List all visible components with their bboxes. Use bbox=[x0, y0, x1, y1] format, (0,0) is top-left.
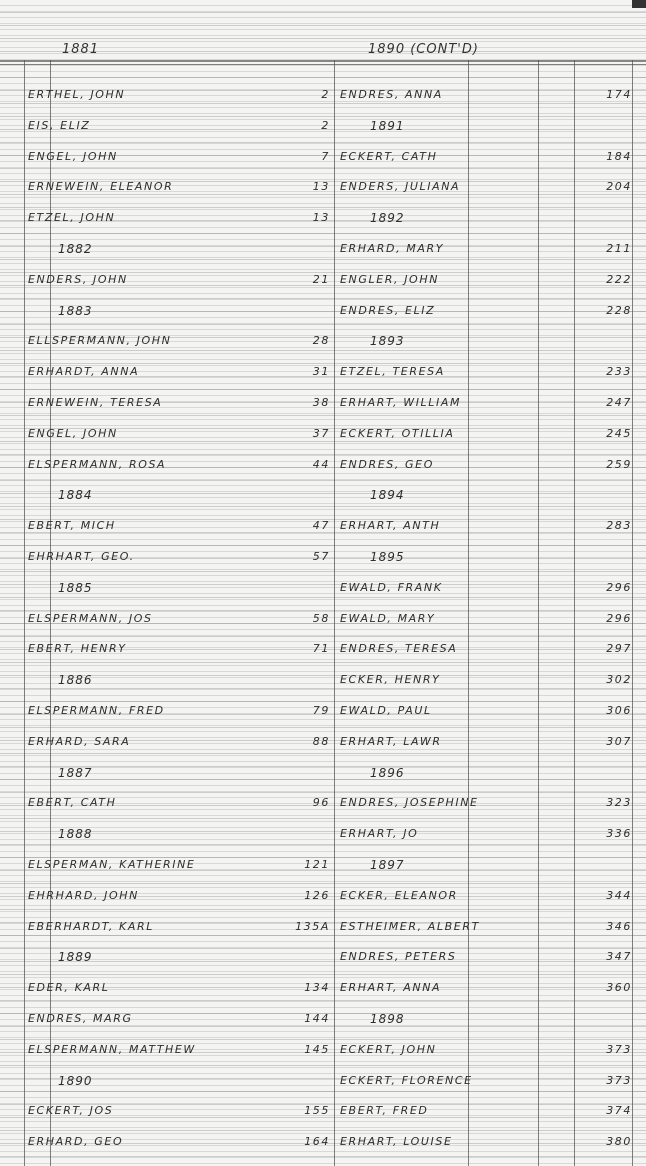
entry-name: ERHART, ANTH bbox=[340, 513, 440, 539]
index-entry: ENDRES, PETERS347 bbox=[336, 944, 632, 970]
entry-page-number: 247 bbox=[582, 390, 632, 416]
year-heading: 1895 bbox=[336, 544, 632, 570]
year-heading: 1883 bbox=[0, 298, 330, 324]
year-label: 1883 bbox=[58, 298, 93, 324]
entry-name: ENDRES, TERESA bbox=[340, 636, 457, 662]
index-entry: ECKERT, CATH184 bbox=[336, 144, 632, 170]
left-column-header: 1881 bbox=[62, 42, 99, 57]
entry-page-number: 79 bbox=[290, 698, 330, 724]
entry-name: EBERT, HENRY bbox=[28, 636, 127, 662]
entry-name: ELSPERMANN, JOS bbox=[28, 606, 153, 632]
entry-page-number: 307 bbox=[582, 729, 632, 755]
entry-page-number: 7 bbox=[290, 144, 330, 170]
entry-page-number: 259 bbox=[582, 452, 632, 478]
entry-page-number: 135A bbox=[290, 914, 330, 940]
entry-page-number: 96 bbox=[290, 790, 330, 816]
entry-page-number: 44 bbox=[290, 452, 330, 478]
ledger-page: 1881 1890 (CONT'D) ERTHEL, JOHN2EIS, ELI… bbox=[0, 0, 646, 1166]
entry-page-number: 245 bbox=[582, 421, 632, 447]
index-entry: EWALD, MARY296 bbox=[336, 606, 632, 632]
entry-page-number: 373 bbox=[582, 1037, 632, 1063]
entry-page-number: 233 bbox=[582, 359, 632, 385]
entry-name: EBERT, FRED bbox=[340, 1098, 429, 1124]
index-entry: ECKER, HENRY302 bbox=[336, 667, 632, 693]
entry-name: EBERT, CATH bbox=[28, 790, 117, 816]
year-label: 1891 bbox=[370, 113, 405, 139]
index-entry: EBERT, CATH96 bbox=[0, 790, 330, 816]
entry-name: ECKERT, JOS bbox=[28, 1098, 113, 1124]
entry-name: ERHART, JO bbox=[340, 821, 418, 847]
entry-name: ERNEWEIN, TERESA bbox=[28, 390, 162, 416]
year-label: 1890 bbox=[58, 1068, 93, 1094]
index-entry: EIS, ELIZ2 bbox=[0, 113, 330, 139]
entry-page-number: 336 bbox=[582, 821, 632, 847]
index-entry: ERHART, WILLIAM247 bbox=[336, 390, 632, 416]
year-label: 1897 bbox=[370, 852, 405, 878]
year-heading: 1891 bbox=[336, 113, 632, 139]
entry-name: ERHART, ANNA bbox=[340, 975, 441, 1001]
entry-name: ENGEL, JOHN bbox=[28, 421, 118, 447]
index-entry: EHRHARD, JOHN126 bbox=[0, 883, 330, 909]
year-label: 1895 bbox=[370, 544, 405, 570]
index-entry: EBERHARDT, KARL135A bbox=[0, 914, 330, 940]
entry-name: ENDRES, ANNA bbox=[340, 82, 443, 108]
entry-page-number: 28 bbox=[290, 328, 330, 354]
entry-name: EIS, ELIZ bbox=[28, 113, 90, 139]
entry-name: ENGLER, JOHN bbox=[340, 267, 439, 293]
index-entry: ENDERS, JULIANA204 bbox=[336, 174, 632, 200]
header-rule-secondary bbox=[0, 64, 646, 65]
year-heading: 1885 bbox=[0, 575, 330, 601]
entry-name: ELLSPERMANN, JOHN bbox=[28, 328, 171, 354]
entry-name: EDER, KARL bbox=[28, 975, 110, 1001]
index-entry: ELSPERMAN, KATHERINE121 bbox=[0, 852, 330, 878]
entry-page-number: 58 bbox=[290, 606, 330, 632]
entry-name: EWALD, FRANK bbox=[340, 575, 443, 601]
year-heading: 1888 bbox=[0, 821, 330, 847]
entry-page-number: 302 bbox=[582, 667, 632, 693]
index-entry: EBERT, FRED374 bbox=[336, 1098, 632, 1124]
entry-page-number: 134 bbox=[290, 975, 330, 1001]
entry-page-number: 374 bbox=[582, 1098, 632, 1124]
entry-page-number: 88 bbox=[290, 729, 330, 755]
year-heading: 1890 bbox=[0, 1068, 330, 1094]
entry-page-number: 71 bbox=[290, 636, 330, 662]
year-heading: 1882 bbox=[0, 236, 330, 262]
index-entry: ECKERT, FLORENCE373 bbox=[336, 1068, 632, 1094]
index-entry: ELSPERMANN, JOS58 bbox=[0, 606, 330, 632]
index-entry: ENDRES, GEO259 bbox=[336, 452, 632, 478]
entry-page-number: 184 bbox=[582, 144, 632, 170]
entry-name: ERHARD, MARY bbox=[340, 236, 444, 262]
index-entry: ENDRES, ANNA174 bbox=[336, 82, 632, 108]
index-entry: ERHART, LAWR307 bbox=[336, 729, 632, 755]
entry-name: EWALD, PAUL bbox=[340, 698, 432, 724]
index-entry: ETZEL, TERESA233 bbox=[336, 359, 632, 385]
entry-page-number: 283 bbox=[582, 513, 632, 539]
entry-page-number: 57 bbox=[290, 544, 330, 570]
year-label: 1886 bbox=[58, 667, 93, 693]
entry-page-number: 296 bbox=[582, 575, 632, 601]
index-entry: EBERT, MICH47 bbox=[0, 513, 330, 539]
year-label: 1889 bbox=[58, 944, 93, 970]
year-heading: 1892 bbox=[336, 205, 632, 231]
entry-name: ERTHEL, JOHN bbox=[28, 82, 125, 108]
entry-name: ECKERT, OTILLIA bbox=[340, 421, 455, 447]
entry-page-number: 13 bbox=[290, 174, 330, 200]
index-entry: ETZEL, JOHN13 bbox=[0, 205, 330, 231]
entry-page-number: 145 bbox=[290, 1037, 330, 1063]
index-entry: EDER, KARL134 bbox=[0, 975, 330, 1001]
entry-page-number: 37 bbox=[290, 421, 330, 447]
entry-page-number: 126 bbox=[290, 883, 330, 909]
index-entry: EHRHART, GEO.57 bbox=[0, 544, 330, 570]
index-entry: EWALD, PAUL306 bbox=[336, 698, 632, 724]
entry-name: ENGEL, JOHN bbox=[28, 144, 118, 170]
entry-name: ENDRES, GEO bbox=[340, 452, 434, 478]
entry-name: ENDRES, ELIZ bbox=[340, 298, 435, 324]
index-entry: ELLSPERMANN, JOHN28 bbox=[0, 328, 330, 354]
column-line bbox=[632, 60, 633, 1166]
index-entry: ERNEWEIN, TERESA38 bbox=[0, 390, 330, 416]
entry-name: ERHART, LOUISE bbox=[340, 1129, 453, 1155]
entry-page-number: 373 bbox=[582, 1068, 632, 1094]
entry-page-number: 380 bbox=[582, 1129, 632, 1155]
entry-page-number: 174 bbox=[582, 82, 632, 108]
right-column-header: 1890 (CONT'D) bbox=[368, 42, 479, 57]
index-entry: ERHART, LOUISE380 bbox=[336, 1129, 632, 1155]
entry-name: ELSPERMANN, FRED bbox=[28, 698, 165, 724]
index-entry: ECKER, ELEANOR344 bbox=[336, 883, 632, 909]
entry-page-number: 228 bbox=[582, 298, 632, 324]
entry-page-number: 222 bbox=[582, 267, 632, 293]
entry-name: ENDRES, JOSEPHINE bbox=[340, 790, 479, 816]
year-label: 1884 bbox=[58, 482, 93, 508]
index-entry: ENGLER, JOHN222 bbox=[336, 267, 632, 293]
index-entry: ENDRES, MARG144 bbox=[0, 1006, 330, 1032]
entry-page-number: 347 bbox=[582, 944, 632, 970]
year-label: 1893 bbox=[370, 328, 405, 354]
index-entry: ERHART, ANTH283 bbox=[336, 513, 632, 539]
index-entry: ELSPERMANN, FRED79 bbox=[0, 698, 330, 724]
index-entry: ENDERS, JOHN21 bbox=[0, 267, 330, 293]
entry-name: ECKER, ELEANOR bbox=[340, 883, 458, 909]
index-entry: ELSPERMANN, ROSA44 bbox=[0, 452, 330, 478]
index-entry: ELSPERMANN, MATTHEW145 bbox=[0, 1037, 330, 1063]
entry-name: ECKERT, FLORENCE bbox=[340, 1068, 473, 1094]
entry-page-number: 155 bbox=[290, 1098, 330, 1124]
entry-page-number: 360 bbox=[582, 975, 632, 1001]
year-label: 1892 bbox=[370, 205, 405, 231]
entry-page-number: 344 bbox=[582, 883, 632, 909]
year-heading: 1898 bbox=[336, 1006, 632, 1032]
entry-name: ERHARD, GEO bbox=[28, 1129, 123, 1155]
index-entry: EWALD, FRANK296 bbox=[336, 575, 632, 601]
index-entry: ERTHEL, JOHN2 bbox=[0, 82, 330, 108]
year-heading: 1887 bbox=[0, 760, 330, 786]
entry-page-number: 297 bbox=[582, 636, 632, 662]
entry-name: ENDERS, JOHN bbox=[28, 267, 128, 293]
index-entry: ECKERT, JOHN373 bbox=[336, 1037, 632, 1063]
entry-name: ETZEL, JOHN bbox=[28, 205, 115, 231]
entry-name: EHRHARD, JOHN bbox=[28, 883, 139, 909]
entry-name: ERHARDT, ANNA bbox=[28, 359, 139, 385]
entry-name: ECKER, HENRY bbox=[340, 667, 440, 693]
entry-page-number: 144 bbox=[290, 1006, 330, 1032]
index-entry: ERHARD, GEO164 bbox=[0, 1129, 330, 1155]
entry-name: EWALD, MARY bbox=[340, 606, 435, 632]
year-label: 1898 bbox=[370, 1006, 405, 1032]
entry-name: ERHART, LAWR bbox=[340, 729, 442, 755]
year-heading: 1894 bbox=[336, 482, 632, 508]
entry-name: ELSPERMANN, MATTHEW bbox=[28, 1037, 196, 1063]
entry-page-number: 211 bbox=[582, 236, 632, 262]
year-label: 1882 bbox=[58, 236, 93, 262]
entry-name: ECKERT, CATH bbox=[340, 144, 437, 170]
entry-page-number: 164 bbox=[290, 1129, 330, 1155]
entry-page-number: 2 bbox=[290, 113, 330, 139]
index-entry: ENGEL, JOHN7 bbox=[0, 144, 330, 170]
entry-name: ERHARD, SARA bbox=[28, 729, 130, 755]
year-label: 1896 bbox=[370, 760, 405, 786]
index-entry: ENDRES, ELIZ228 bbox=[336, 298, 632, 324]
entry-page-number: 121 bbox=[290, 852, 330, 878]
index-entry: ERHARDT, ANNA31 bbox=[0, 359, 330, 385]
index-entry: ECKERT, OTILLIA245 bbox=[336, 421, 632, 447]
entry-page-number: 306 bbox=[582, 698, 632, 724]
entry-page-number: 31 bbox=[290, 359, 330, 385]
index-entry: ENDRES, TERESA297 bbox=[336, 636, 632, 662]
entry-name: ERHART, WILLIAM bbox=[340, 390, 461, 416]
entry-name: ERNEWEIN, ELEANOR bbox=[28, 174, 173, 200]
year-heading: 1893 bbox=[336, 328, 632, 354]
entry-name: ENDERS, JULIANA bbox=[340, 174, 460, 200]
entry-page-number: 47 bbox=[290, 513, 330, 539]
index-entry: ENDRES, JOSEPHINE323 bbox=[336, 790, 632, 816]
entry-page-number: 21 bbox=[290, 267, 330, 293]
year-heading: 1884 bbox=[0, 482, 330, 508]
entry-name: EHRHART, GEO. bbox=[28, 544, 135, 570]
index-entry: ECKERT, JOS155 bbox=[0, 1098, 330, 1124]
entry-name: EBERHARDT, KARL bbox=[28, 914, 154, 940]
year-label: 1885 bbox=[58, 575, 93, 601]
index-entry: ERHART, JO336 bbox=[336, 821, 632, 847]
header-rule bbox=[0, 60, 646, 62]
index-entry: ERHARD, SARA88 bbox=[0, 729, 330, 755]
index-entry: ERNEWEIN, ELEANOR13 bbox=[0, 174, 330, 200]
entry-page-number: 346 bbox=[582, 914, 632, 940]
entry-page-number: 204 bbox=[582, 174, 632, 200]
year-label: 1888 bbox=[58, 821, 93, 847]
entry-page-number: 13 bbox=[290, 205, 330, 231]
index-entry: EBERT, HENRY71 bbox=[0, 636, 330, 662]
entry-page-number: 323 bbox=[582, 790, 632, 816]
year-heading: 1889 bbox=[0, 944, 330, 970]
index-entry: ESTHEIMER, ALBERT346 bbox=[336, 914, 632, 940]
entry-name: ELSPERMAN, KATHERINE bbox=[28, 852, 195, 878]
entry-name: ELSPERMANN, ROSA bbox=[28, 452, 166, 478]
year-label: 1894 bbox=[370, 482, 405, 508]
entry-name: ECKERT, JOHN bbox=[340, 1037, 436, 1063]
entry-page-number: 2 bbox=[290, 82, 330, 108]
year-heading: 1897 bbox=[336, 852, 632, 878]
index-entry: ENGEL, JOHN37 bbox=[0, 421, 330, 447]
entry-name: ETZEL, TERESA bbox=[340, 359, 445, 385]
index-entry: ERHART, ANNA360 bbox=[336, 975, 632, 1001]
entry-page-number: 296 bbox=[582, 606, 632, 632]
entry-name: ENDRES, PETERS bbox=[340, 944, 457, 970]
entry-page-number: 38 bbox=[290, 390, 330, 416]
corner-smudge bbox=[632, 0, 646, 8]
year-heading: 1886 bbox=[0, 667, 330, 693]
index-entry: ERHARD, MARY211 bbox=[336, 236, 632, 262]
entry-name: ESTHEIMER, ALBERT bbox=[340, 914, 480, 940]
column-line bbox=[334, 60, 335, 1166]
entry-name: EBERT, MICH bbox=[28, 513, 116, 539]
year-label: 1887 bbox=[58, 760, 93, 786]
entry-name: ENDRES, MARG bbox=[28, 1006, 133, 1032]
year-heading: 1896 bbox=[336, 760, 632, 786]
